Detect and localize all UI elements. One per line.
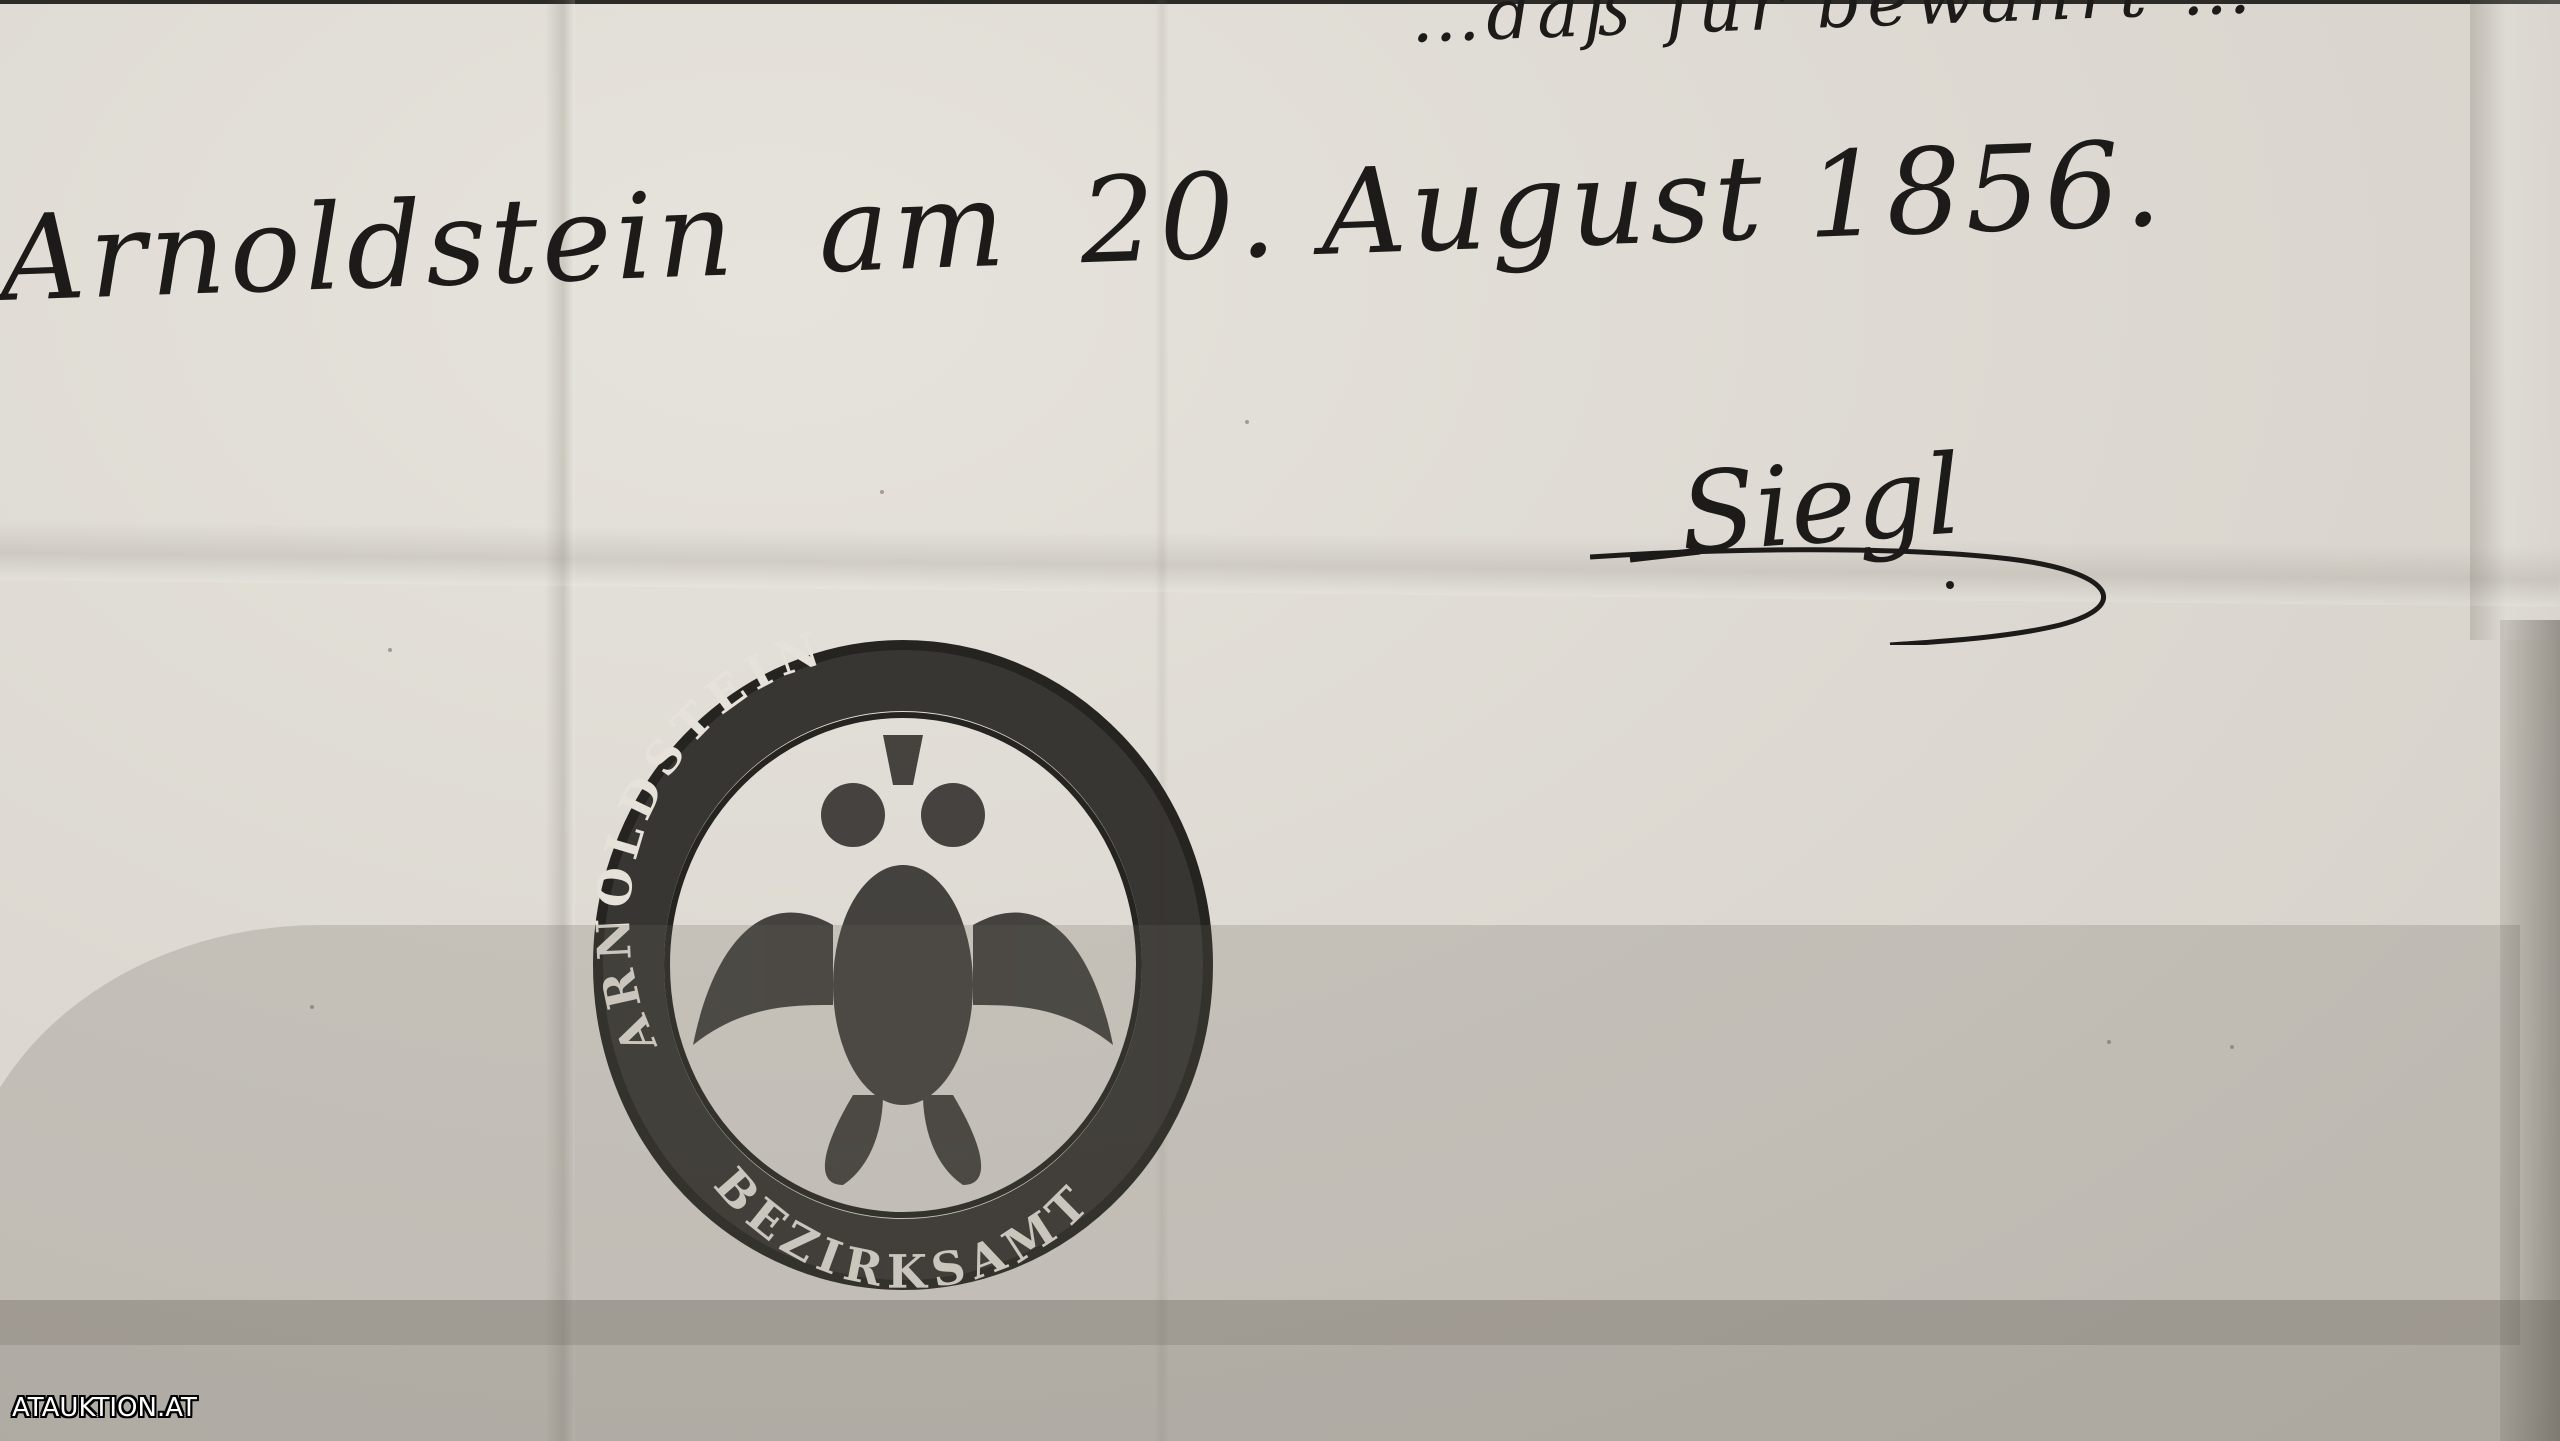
- cast-shadow-lower: [0, 1300, 2560, 1441]
- watermark: ATAUKTION.AT: [12, 1393, 197, 1423]
- paper-speck: [880, 490, 884, 494]
- cast-shadow-right: [2500, 620, 2560, 1441]
- partial-handwritten-line: …daß für bewährt …: [1409, 0, 2258, 59]
- date-prefix: am: [816, 155, 1011, 300]
- cast-shadow-upper: [0, 925, 2520, 1345]
- place-date-line: Arnoldstein am 20. August 1856.: [0, 114, 2167, 328]
- paper-speck: [388, 648, 392, 652]
- date-text: 20. August 1856.: [1078, 114, 2167, 290]
- paper-speck: [1245, 420, 1249, 424]
- signature-flourish: [1590, 545, 2130, 645]
- place-name: Arnoldstein: [0, 164, 739, 328]
- document-photo: …daß für bewährt … Arnoldstein am 20. Au…: [0, 0, 2560, 1441]
- horizontal-fold: [0, 520, 2560, 607]
- vertical-fold-right: [2470, 0, 2560, 640]
